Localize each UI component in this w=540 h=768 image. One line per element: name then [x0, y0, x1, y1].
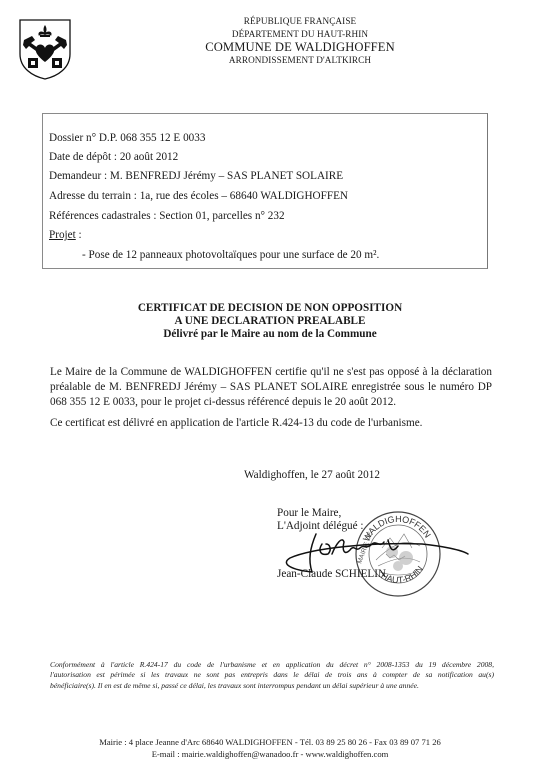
project-label: Projet — [49, 229, 76, 241]
land-address: Adresse du terrain : 1a, rue des écoles … — [49, 190, 348, 202]
project-description: - Pose de 12 panneaux photovoltaïques po… — [82, 249, 379, 261]
certificate-title-line1: CERTIFICAT DE DECISION DE NON OPPOSITION — [60, 302, 480, 314]
footnote-line: bénéficiaire(s). Il en est de même si, p… — [50, 681, 494, 691]
certificate-title-line2: A UNE DECLARATION PREALABLE — [60, 315, 480, 327]
paragraph-line: préalable de M. BENFREDJ Jérémy – SAS PL… — [50, 380, 492, 395]
coat-of-arms-icon — [18, 18, 72, 80]
arrondissement-heading: ARRONDISSEMENT D'ALTKIRCH — [140, 55, 460, 65]
applicant: Demandeur : M. BENFREDJ Jérémy – SAS PLA… — [49, 170, 343, 182]
department-heading: DÉPARTEMENT DU HAUT-RHIN — [140, 29, 460, 39]
for-mayor: Pour le Maire, — [277, 507, 341, 519]
paragraph-line: Le Maire de la Commune de WALDIGHOFFEN c… — [50, 365, 492, 380]
republic-heading: RÉPUBLIQUE FRANÇAISE — [140, 16, 460, 26]
project-label-sep: : — [76, 229, 82, 241]
project-label-row: Projet : — [49, 229, 82, 241]
certificate-subtitle: Délivré par le Maire au nom de la Commun… — [60, 328, 480, 340]
place-and-date: Waldighoffen, le 27 août 2012 — [244, 469, 380, 481]
signatory-name: Jean-Claude SCHIELIN — [277, 568, 386, 580]
footnote-line: Conformément à l'article R.424-17 du cod… — [50, 660, 494, 670]
dossier-number: Dossier n° D.P. 068 355 12 E 0033 — [49, 132, 205, 144]
certification-paragraph: Le Maire de la Commune de WALDIGHOFFEN c… — [50, 365, 492, 410]
town-hall-email-website: E-mail : mairie.waldighoffen@wanadoo.fr … — [60, 749, 480, 759]
cadastral-references: Références cadastrales : Section 01, par… — [49, 210, 285, 222]
legal-basis-paragraph: Ce certificat est délivré en application… — [50, 416, 492, 431]
town-hall-address: Mairie : 4 place Jeanne d'Arc 68640 WALD… — [60, 737, 480, 747]
footnote-line: l'autorisation est périmée si les travau… — [50, 670, 494, 680]
validity-footnote: Conformément à l'article R.424-17 du cod… — [50, 660, 494, 691]
deposit-date: Date de dépôt : 20 août 2012 — [49, 151, 178, 163]
paragraph-line: 068 355 12 E 0033, pour le projet ci-des… — [50, 395, 492, 410]
commune-heading: COMMUNE DE WALDIGHOFFEN — [140, 40, 460, 55]
